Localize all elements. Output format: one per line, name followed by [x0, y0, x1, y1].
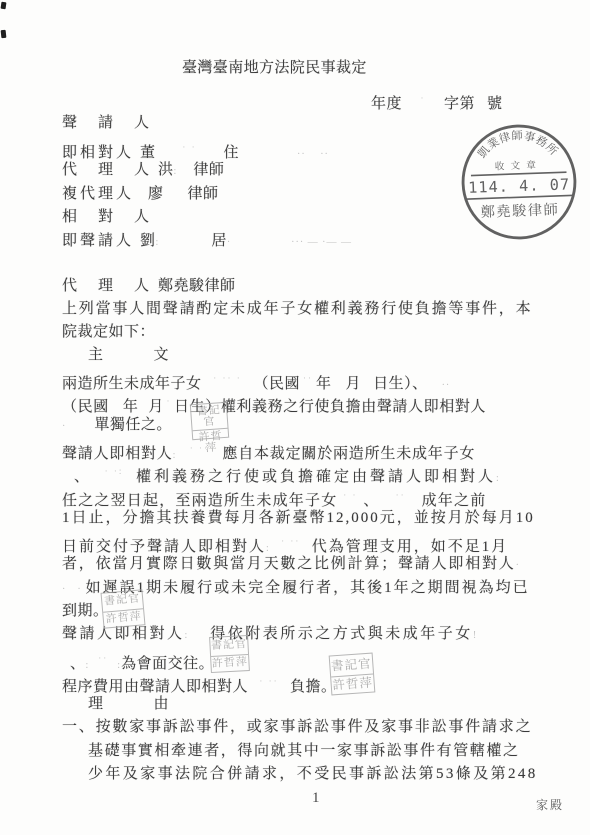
main-text-line: 院裁定如下：: [62, 322, 155, 342]
scan-artifact: [1, 30, 7, 38]
main-text-line: 1日止，分擔其扶養費每月各新臺幣12,000元，並按月於每月10: [62, 508, 535, 528]
text-segment: 即相對人: [62, 145, 134, 161]
redacted-gap: ·: [402, 88, 444, 108]
party-line: 即聲請人劉:居···· — ·— —: [62, 231, 352, 253]
faint-scan-mark: :: [174, 166, 178, 177]
redacted-gap: · ··: [248, 671, 290, 691]
text-segment: 年: [316, 376, 332, 392]
clerk-stamp-name: 許哲萍: [331, 674, 374, 693]
text-segment: 字第: [444, 96, 475, 112]
text-segment: 院裁定如下：: [62, 324, 155, 340]
redacted-gap: ··: [89, 648, 117, 668]
text-segment: 主: [88, 347, 104, 363]
main-text-line: 一、按數家事訴訟事件，或家事訴訟事件及家事非訟事件請求之: [62, 717, 532, 737]
text-segment: 者，依當月實際日數與當月天數之比例計算；聲請人即相對人: [62, 556, 516, 572]
text-segment: 由: [154, 696, 170, 712]
redacted-gap: · ·· ·: [202, 368, 254, 388]
text-segment: 代 理 人: [62, 162, 152, 178]
text-segment: 律師: [193, 162, 224, 178]
law-firm-received-stamp: 凱業律師事務所 收文章 114. 4. 07 鄭堯駿律師: [454, 120, 584, 244]
case-number-line: 年度·字第號: [371, 88, 503, 114]
clerk-stamp-name: 許哲萍: [103, 608, 144, 626]
text-segment: 程序費用由聲請人即相對人: [62, 679, 248, 695]
text-segment: 劉: [140, 233, 156, 249]
text-segment: 相 對 人: [62, 209, 152, 225]
faint-scan-mark: ·: [227, 237, 231, 248]
clerk-stamp-name: 許哲萍: [211, 654, 249, 671]
document-title: 臺灣臺南地方法院民事裁定: [182, 56, 367, 77]
stamp-received-label: 收文章: [495, 159, 543, 173]
clerk-stamp: 書記官許哲萍: [209, 635, 250, 673]
text-segment: 上列當事人間聲請酌定未成年子女權利義務行使負擔等事件，本: [62, 301, 532, 317]
text-segment: 、: [70, 656, 86, 672]
text-segment: 住: [224, 145, 240, 161]
faint-scan-mark: !: [473, 630, 477, 641]
redacted-gap: ··: [300, 368, 316, 388]
party-line: 代 理 人鄭堯駿律師: [62, 276, 236, 296]
party-line: 聲 請 人: [62, 113, 152, 133]
faint-scan-mark: :: [496, 473, 500, 484]
court-division-label: 家殿: [536, 796, 564, 813]
main-text-line: ·單獨任之。: [62, 415, 172, 437]
redacted-gap: · ··: [270, 531, 312, 551]
scanned-court-ruling-page: 臺灣臺南地方法院民事裁定 年度·字第號聲 請 人即相對人董· ·住·· ··代 …: [0, 0, 590, 835]
faint-scan-mark: ··: [442, 380, 451, 391]
text-segment: 代 理 人: [62, 278, 152, 294]
text-segment: 複代理人: [62, 186, 134, 202]
text-segment: 聲請人即相對人: [62, 446, 173, 462]
redacted-gap: · ·:: [92, 461, 136, 481]
stamp-office-arc-text: 凱業律師事務所: [474, 127, 561, 161]
text-segment: 少年及家事法院合併請求，不受民事訴訟法第53條及第248: [88, 766, 538, 782]
faint-scan-mark: ·: [62, 421, 66, 432]
text-segment: 居: [211, 233, 227, 249]
stamp-attorney-name: 鄭堯駿律師: [480, 200, 559, 221]
faint-scan-mark: · ·: [62, 584, 82, 595]
faint-scan-mark: ··· — ·— —: [291, 237, 352, 248]
text-segment: 成年之前: [422, 493, 487, 509]
main-text-line: 上列當事人間聲請酌定未成年子女權利義務行使負擔等事件，本: [62, 299, 532, 319]
text-segment: 得依附表所示之方式與未成年子女: [210, 626, 473, 642]
text-segment: 一、按數家事訴訟事件，或家事訴訟事件及家事非訟事件請求之: [62, 719, 532, 735]
law-firm-stamp-graphic: 凱業律師事務所 收文章 114. 4. 07 鄭堯駿律師: [454, 120, 584, 244]
text-segment: （民國: [254, 376, 301, 392]
text-segment: 洪: [158, 162, 174, 178]
text-segment: 理: [88, 696, 104, 712]
scan-artifact: [1, 2, 7, 10]
main-text-line: 聲請人即相對人:得依附表所示之方式與未成年子女!: [62, 624, 477, 646]
text-segment: 月: [346, 376, 362, 392]
clerk-stamp-title: 書記官: [191, 403, 228, 430]
text-segment: 年: [123, 399, 139, 415]
party-line: 相 對 人: [62, 207, 152, 227]
clerk-stamp: 書記官許哲萍: [329, 653, 376, 696]
text-segment: 應自本裁定關於兩造所生未成年子女: [222, 446, 475, 462]
text-segment: 單獨任之。: [94, 417, 172, 433]
faint-scan-mark: :: [185, 630, 189, 641]
text-segment: 月: [148, 399, 164, 415]
text-segment: 、: [74, 469, 92, 485]
text-segment: 日生）、: [373, 376, 428, 392]
text-segment: （民國: [62, 399, 109, 415]
text-segment: 日前交付予聲請人即相對人: [62, 539, 266, 555]
redacted-gap: ·: [164, 391, 174, 411]
text-segment: 聲請人即相對人: [62, 626, 185, 642]
clerk-stamp-name: 許哲萍: [193, 428, 230, 456]
text-segment: 鄭堯駿律師: [158, 278, 236, 294]
text-segment: 基礎事實相牽連者，得向就其中一家事訴訟事件有管轄權之: [88, 743, 520, 759]
page-number: 1: [312, 790, 320, 807]
text-segment: 文: [154, 347, 170, 363]
text-segment: 董: [140, 145, 156, 161]
party-line: 複代理人廖律師: [62, 184, 219, 204]
clerk-stamp: 書記官許哲萍: [101, 589, 146, 629]
text-segment: 號: [487, 96, 503, 112]
section-heading: 主文: [88, 345, 169, 365]
text-segment: 廖: [148, 186, 164, 202]
faint-scan-mark: ·: [516, 560, 520, 571]
text-segment: 1日止，分擔其扶養費每月各新臺幣12,000元，並按月於每月10: [62, 510, 535, 526]
main-text-line: 少年及家事法院合併請求，不受民事訴訟法第53條及第248: [88, 764, 538, 784]
text-segment: 、: [363, 493, 379, 509]
text-segment: 聲 請 人: [62, 115, 152, 131]
main-text-line: （民國年月·日生）權利義務之行使負擔由聲請人即相對人: [62, 391, 486, 417]
text-segment: 年度: [371, 96, 402, 112]
redacted-gap: · ·: [156, 137, 224, 157]
text-segment: 任之之翌日起，至兩造所生未成年子女: [62, 493, 337, 509]
text-segment: 權利義務之行使或負擔確定由聲請人即相對人: [136, 469, 496, 485]
main-text-line: 者，依當月實際日數與當月天數之比例計算；聲請人即相對人·: [62, 554, 520, 576]
text-segment: 即聲請人: [62, 233, 134, 249]
text-segment: 代為管理支用，如不足1月: [312, 539, 509, 555]
text-segment: 兩造所生未成年子女: [62, 376, 202, 392]
party-line: 代 理 人洪:律師: [62, 160, 224, 182]
redacted-gap: ··: [380, 485, 422, 505]
clerk-stamp-title: 書記官: [102, 592, 143, 609]
text-segment: 為會面交往。: [121, 656, 214, 672]
main-text-line: 基礎事實相牽連者，得向就其中一家事訴訟事件有管轄權之: [88, 741, 520, 761]
clerk-stamp: 書記官許哲萍: [190, 402, 229, 440]
text-segment: 律師: [188, 186, 219, 202]
stamp-date: 114. 4. 07: [468, 175, 571, 197]
faint-scan-mark: ·· ··: [297, 149, 329, 160]
redacted-gap: · ·: [337, 485, 363, 505]
clerk-stamp-title: 書記官: [210, 637, 248, 653]
faint-scan-mark: :: [156, 237, 160, 248]
section-heading: 理由: [88, 694, 169, 714]
clerk-stamp-title: 書記官: [330, 655, 373, 673]
text-segment: 如遲誤1期未履行或未完全履行者，其後1年之期間視為均已: [86, 580, 530, 596]
